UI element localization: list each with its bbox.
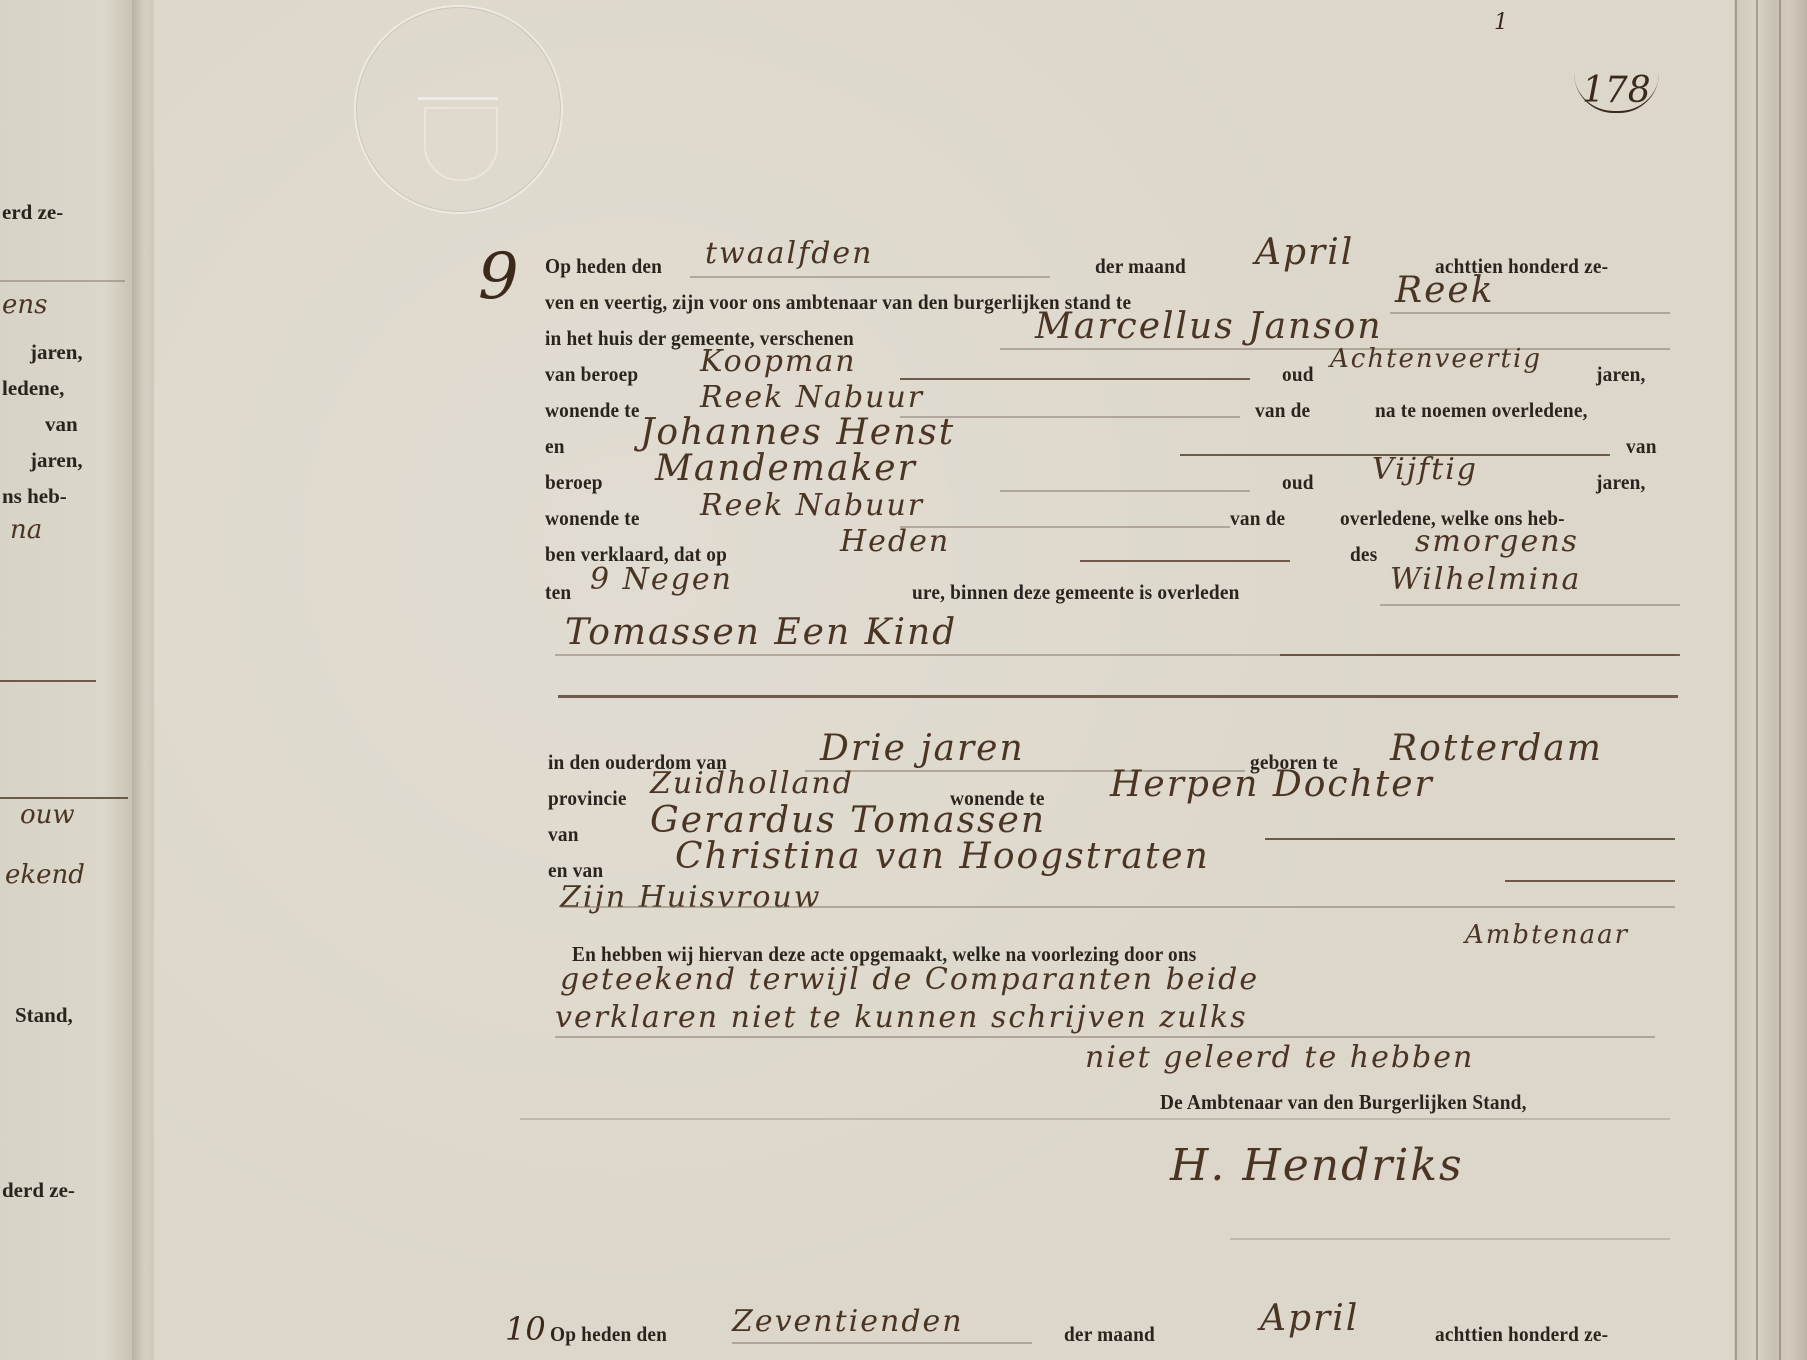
printed-text: wonende te [545, 398, 640, 423]
handwritten-hour: 9 Negen [590, 562, 733, 597]
left-hand-fragment: ekend [5, 860, 85, 890]
left-fragment: Stand, [15, 1003, 73, 1028]
entry-number: 10 [505, 1310, 546, 1348]
handwritten-deceased-first-name: Wilhelmina [1390, 562, 1581, 597]
printed-text: ten [545, 580, 571, 605]
printed-text: wonende te [545, 506, 640, 531]
left-page: erd ze- ens jaren, ledene, van jaren, ns… [0, 0, 134, 1360]
left-fragment: jaren, [30, 448, 83, 473]
handwritten-mother: Christina van Hoogstraten [675, 836, 1210, 877]
handwritten-month: April [1260, 1298, 1359, 1339]
entry-number: 9 [478, 240, 519, 314]
handwritten-date-of-death: Heden [840, 524, 950, 559]
handwritten-age-2: Vijftig [1372, 452, 1478, 487]
left-fragment: erd ze- [2, 200, 63, 225]
printed-text: jaren, [1596, 470, 1646, 495]
printed-text: Op heden den [550, 1322, 667, 1347]
handwritten-time-of-day: smorgens [1415, 524, 1579, 559]
handwritten-day: twaalfden [705, 236, 873, 271]
printed-text: provincie [548, 786, 627, 811]
left-fragment: derd ze- [2, 1178, 75, 1203]
folio-number: 178 [1574, 70, 1659, 113]
printed-text: beroep [545, 470, 603, 495]
handwritten-declarant-1: Marcellus Janson [1035, 306, 1383, 347]
printed-text: van de [1230, 506, 1285, 531]
printed-text: van [548, 822, 579, 847]
left-fragment: ledene, [2, 376, 64, 401]
book-gutter [132, 0, 154, 1360]
left-hand-fragment: ouw [20, 800, 75, 830]
printed-text: der maand [1095, 254, 1186, 279]
signature-caption: De Ambtenaar van den Burgerlijken Stand, [1160, 1090, 1527, 1115]
handwritten-closing: Ambtenaar [1465, 920, 1629, 950]
register-page: 1 178 [154, 0, 1734, 1360]
handwritten-day: Zeventienden [732, 1304, 964, 1339]
handwritten-residence-2: Reek Nabuur [700, 488, 924, 523]
handwritten-relationship: Zijn Huisvrouw [560, 880, 821, 915]
handwritten-residence-1: Reek Nabuur [700, 380, 924, 415]
left-hand-fragment: ens [2, 290, 47, 320]
page-edges [1734, 0, 1807, 1360]
printed-text: en [545, 434, 565, 459]
printed-text: der maand [1064, 1322, 1155, 1347]
left-fragment: van [45, 412, 78, 437]
left-fragment: jaren, [30, 340, 83, 365]
printed-text: van [1626, 434, 1657, 459]
left-hand-fragment: na [10, 515, 42, 545]
handwritten-residence-deceased: Herpen Dochter [1110, 764, 1434, 805]
printed-text: van beroep [545, 362, 638, 387]
printed-text: des [1350, 542, 1377, 567]
printed-text: na te noemen overledene, [1375, 398, 1588, 423]
handwritten-place: Reek [1395, 270, 1495, 311]
handwritten-closing: geteekend terwijl de Comparanten beide [560, 962, 1259, 997]
handwritten-occupation-2: Mandemaker [655, 448, 917, 489]
embossed-seal-icon [354, 5, 563, 214]
handwritten-deceased-surname: Tomassen Een Kind [565, 612, 957, 653]
handwritten-birthplace: Rotterdam [1390, 728, 1603, 769]
printed-text: oud [1282, 470, 1314, 495]
handwritten-closing: verklaren niet te kunnen schrijven zulks [555, 1000, 1248, 1035]
printed-text: van de [1255, 398, 1310, 423]
official-signature: H. Hendriks [1170, 1140, 1464, 1191]
handwritten-age-deceased: Drie jaren [820, 728, 1025, 769]
handwritten-month: April [1255, 232, 1354, 273]
handwritten-occupation-1: Koopman [700, 344, 857, 379]
printed-text: achttien honderd ze- [1435, 1322, 1608, 1347]
handwritten-father: Gerardus Tomassen [650, 800, 1046, 841]
left-fragment: ns heb- [2, 484, 67, 509]
printed-text: Op heden den [545, 254, 662, 279]
handwritten-province: Zuidholland [650, 766, 854, 801]
printed-text: oud [1282, 362, 1314, 387]
handwritten-closing: niet geleerd te hebben [1085, 1040, 1474, 1075]
handwritten-declarant-2: Johannes Henst [640, 412, 955, 453]
printed-text: ure, binnen deze gemeente is overleden [912, 580, 1240, 605]
printed-text: jaren, [1596, 362, 1646, 387]
handwritten-age-1: Achtenveertig [1330, 344, 1542, 374]
folio-mark-small: 1 [1494, 10, 1508, 35]
